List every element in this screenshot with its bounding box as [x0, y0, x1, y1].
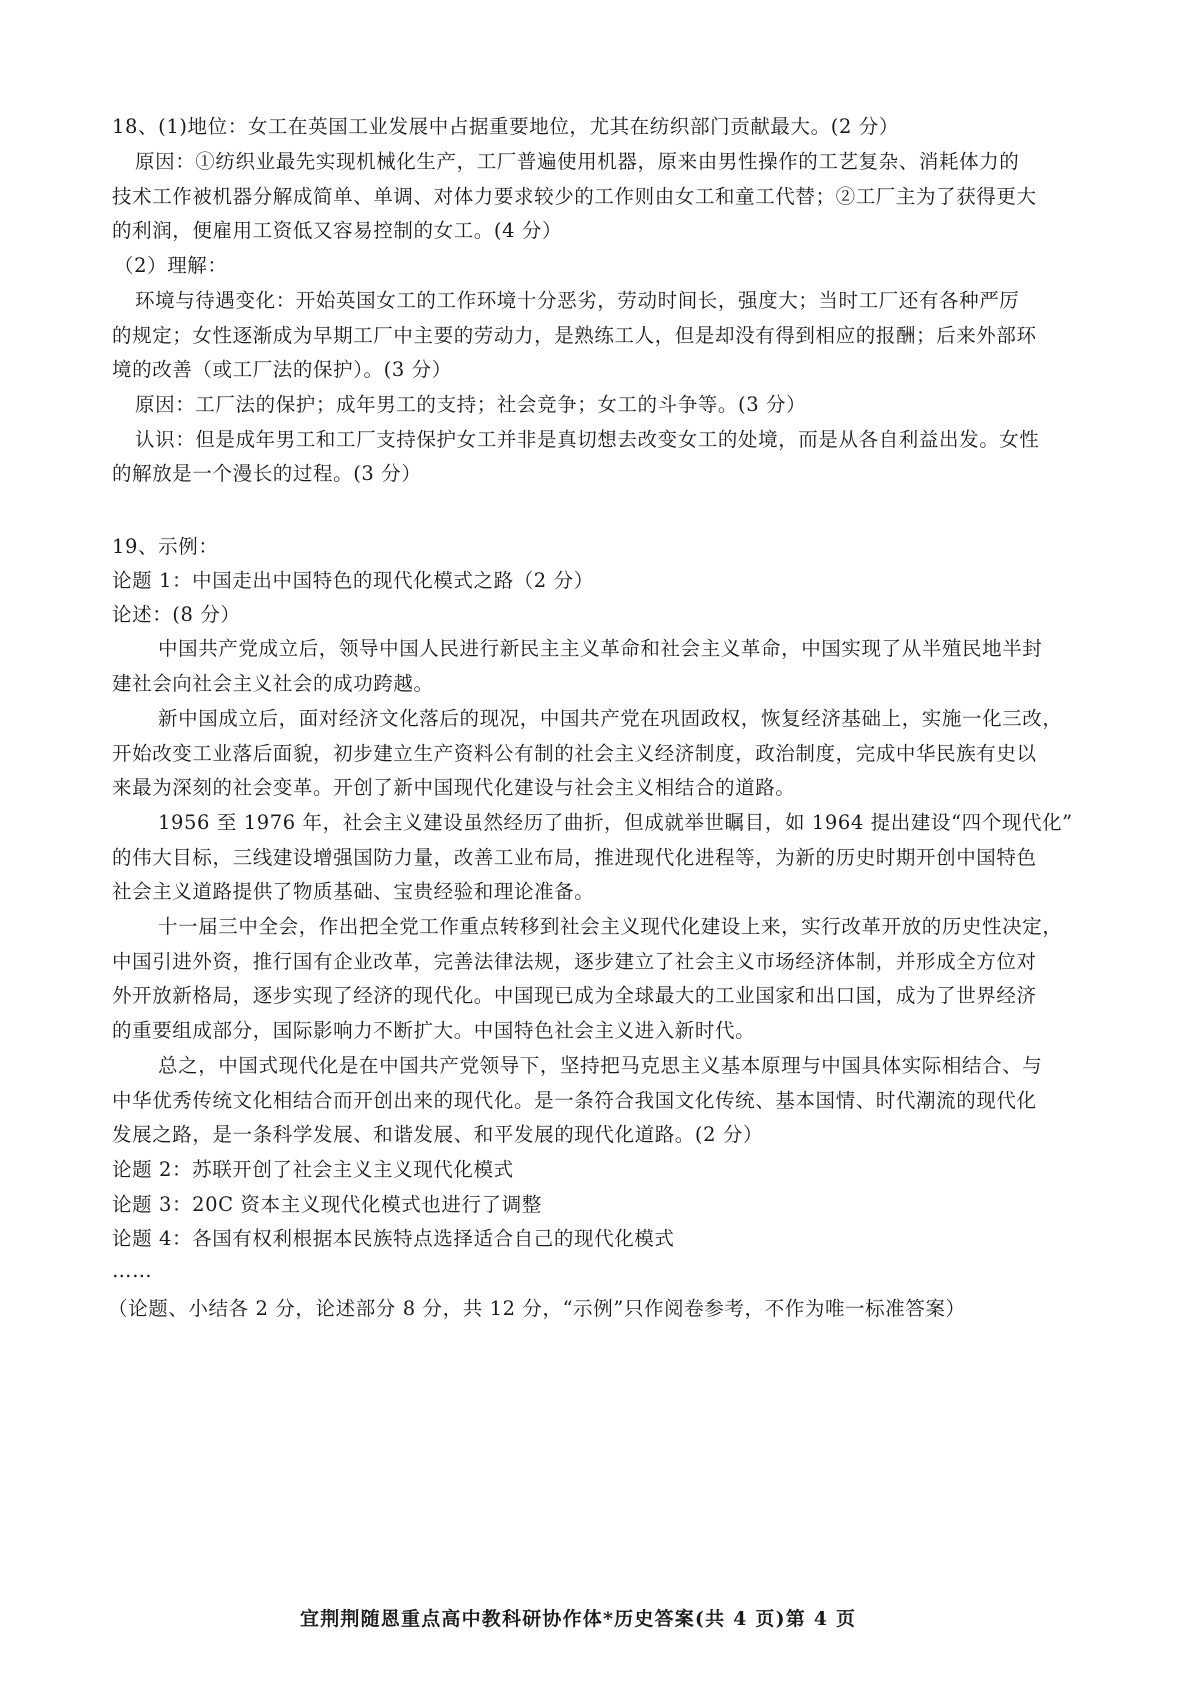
q19-p1-line-1: 中国共产党成立后，领导中国人民进行新民主主义革命和社会主义革命，中国实现了从半殖…	[158, 634, 1138, 664]
q18-reason-line-2: 技术工作被机器分解成简单、单调、对体力要求较少的工作则由女工和童工代替；②工厂主…	[112, 182, 1092, 212]
q19-p2-line-2: 开始改变工业落后面貌，初步建立生产资料公有制的社会主义经济制度，政治制度，完成中…	[112, 739, 1092, 769]
q19-p5-line-2: 中华优秀传统文化相结合而开创出来的现代化。是一条符合我国文化传统、基本国情、时代…	[112, 1086, 1092, 1116]
q18-env-line-2: 的规定；女性逐渐成为早期工厂中主要的劳动力，是熟练工人，但是却没有得到相应的报酬…	[112, 321, 1092, 351]
q19-topic-3: 论题 3：20C 资本主义现代化模式也进行了调整	[112, 1190, 1092, 1220]
q18-reason-line-3: 的利润，便雇用工资低又容易控制的女工。(4 分）	[112, 216, 1092, 246]
page-footer: 宜荆荆随恩重点高中教科研协作体*历史答案(共 4 页)第 4 页	[300, 1604, 900, 1631]
q18-part2-heading: （2）理解：	[114, 251, 1094, 281]
q19-p4-line-3: 外开放新格局，逐步实现了经济的现代化。中国现已成为全球最大的工业国家和出口国，成…	[112, 981, 1092, 1011]
q18-view-line-1: 认识：但是成年男工和工厂支持保护女工并非是真切想去改变女工的处境，而是从各自利益…	[135, 425, 1115, 455]
q19-p4-line-4: 的重要组成部分，国际影响力不断扩大。中国特色社会主义进入新时代。	[112, 1016, 1092, 1046]
q19-ellipsis: ……	[112, 1256, 1092, 1286]
q19-argument-heading: 论述：(8 分）	[112, 600, 1092, 630]
q18-env-line-3: 境的改善（或工厂法的保护）。(3 分）	[112, 355, 1092, 385]
q19-p4-line-1: 十一届三中全会，作出把全党工作重点转移到社会主义现代化建设上来，实行改革开放的历…	[158, 912, 1138, 942]
q19-p5-line-3: 发展之路，是一条科学发展、和谐发展、和平发展的现代化道路。(2 分）	[112, 1120, 1092, 1150]
q18-part1-position: 18、(1)地位：女工在英国工业发展中占据重要地位，尤其在纺织部门贡献最大。(2…	[112, 112, 1092, 142]
q19-scoring-note: （论题、小结各 2 分，论述部分 8 分，共 12 分，“示例”只作阅卷参考，不…	[108, 1294, 1088, 1324]
q19-topic-1: 论题 1：中国走出中国特色的现代化模式之路（2 分）	[112, 566, 1092, 596]
q19-p2-line-1: 新中国成立后，面对经济文化落后的现况，中国共产党在巩固政权，恢复经济基础上，实施…	[158, 704, 1138, 734]
q18-cause-line: 原因：工厂法的保护；成年男工的支持；社会竞争；女工的斗争等。(3 分）	[135, 390, 1115, 420]
q19-topic-4: 论题 4：各国有权利根据本民族特点选择适合自己的现代化模式	[112, 1224, 1092, 1254]
q19-p5-line-1: 总之，中国式现代化是在中国共产党领导下，坚持把马克思主义基本原理与中国具体实际相…	[158, 1051, 1138, 1081]
q19-p3-line-1: 1956 至 1976 年，社会主义建设虽然经历了曲折，但成就举世瞩目，如 19…	[158, 808, 1138, 838]
q19-p3-line-2: 的伟大目标，三线建设增强国防力量，改善工业布局，推进现代化进程等，为新的历史时期…	[112, 843, 1092, 873]
q18-reason-line-1: 原因：①纺织业最先实现机械化生产，工厂普遍使用机器，原来由男性操作的工艺复杂、消…	[135, 147, 1115, 177]
answer-sheet-page: 18、(1)地位：女工在英国工业发展中占据重要地位，尤其在纺织部门贡献最大。(2…	[0, 0, 1200, 1699]
q19-heading: 19、示例：	[112, 532, 1092, 562]
q18-env-line-1: 环境与待遇变化：开始英国女工的工作环境十分恶劣，劳动时间长，强度大；当时工厂还有…	[135, 286, 1115, 316]
q19-p4-line-2: 中国引进外资，推行国有企业改革，完善法律法规，逐步建立了社会主义市场经济体制，并…	[112, 947, 1092, 977]
q18-view-line-2: 的解放是一个漫长的过程。(3 分）	[112, 459, 1092, 489]
q19-p3-line-3: 社会主义道路提供了物质基础、宝贵经验和理论准备。	[112, 877, 1092, 907]
q19-p1-line-2: 建社会向社会主义社会的成功跨越。	[112, 669, 1092, 699]
q19-topic-2: 论题 2：苏联开创了社会主义主义现代化模式	[112, 1155, 1092, 1185]
q19-p2-line-3: 来最为深刻的社会变革。开创了新中国现代化建设与社会主义相结合的道路。	[112, 773, 1092, 803]
